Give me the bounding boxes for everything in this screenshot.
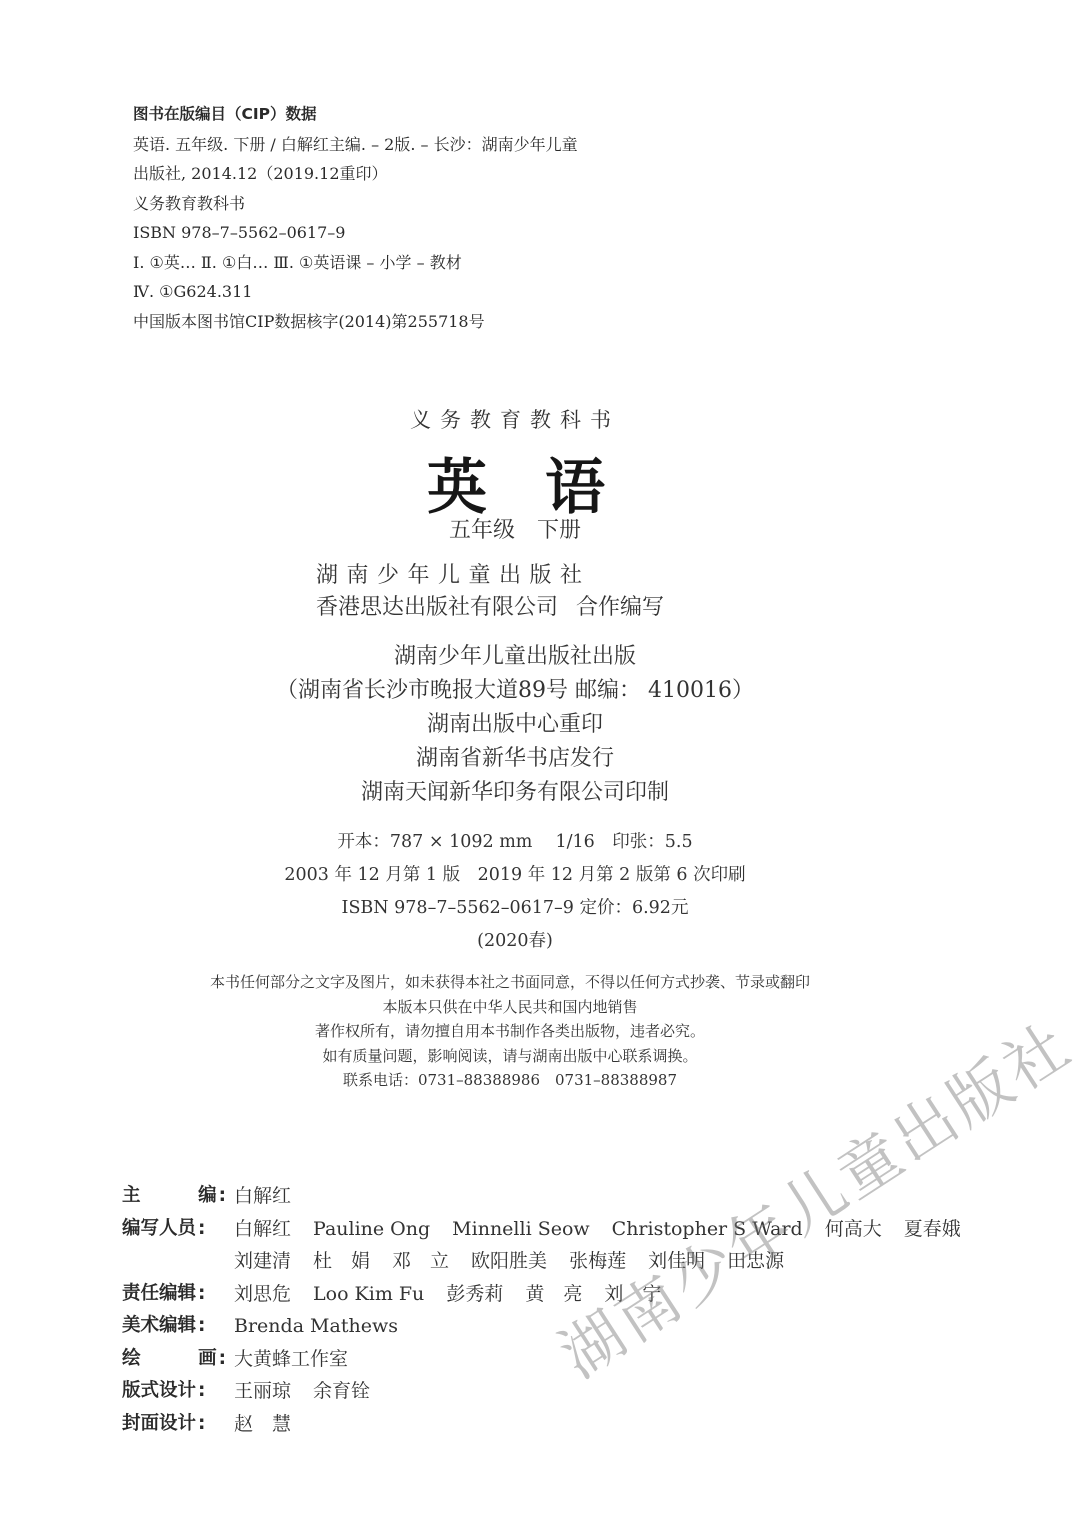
spec-line: 2003 年 12 月第 1 版 2019 年 12 月第 2 版第 6 次印刷	[0, 859, 1030, 892]
credit-layout-design: 版式设计: 王丽琼 余育铨	[122, 1375, 983, 1408]
imprint-line: 湖南出版中心重印	[0, 708, 1030, 742]
notice-line: 著作权所有，请勿擅自用本书制作各类出版物，违者必究。	[0, 1019, 1020, 1044]
cip-line: 出版社, 2014.12（2019.12重印）	[133, 159, 578, 189]
credit-label: 版式设计:	[122, 1375, 226, 1408]
cip-line: 中国版本图书馆CIP数据核字(2014)第255718号	[133, 307, 578, 337]
spec-line: ISBN 978–7–5562–0617–9 定价：6.92元	[0, 892, 1030, 925]
credit-chief-editor: 主编: 白解红	[122, 1180, 983, 1213]
credit-illustration: 绘画: 大黄蜂工作室	[122, 1343, 983, 1376]
coauthors: 湖南少年儿童出版社 香港思达出版社有限公司合作编写	[316, 560, 664, 624]
credit-names: 赵 慧	[234, 1408, 313, 1441]
cip-line: 义务教育教科书	[133, 189, 578, 219]
coauthor-note: 合作编写	[576, 595, 664, 620]
imprint-line: 湖南天闻新华印务有限公司印制	[0, 776, 1030, 810]
imprint-line: （湖南省长沙市晚报大道89号 邮编： 410016）	[0, 674, 1030, 708]
series-name: 义务教育教科书	[0, 404, 1030, 434]
credit-label: 主编:	[122, 1180, 226, 1213]
spec-line: 开本：787 × 1092 mm 1/16 印张：5.5	[0, 826, 1030, 859]
credit-names: 刘思危 Loo Kim Fu 彭秀莉 黄 亮 刘 宁	[234, 1278, 683, 1311]
credit-label: 绘画:	[122, 1343, 226, 1376]
credit-writers: 编写人员: 白解红 Pauline Ong Minnelli Seow Chri…	[122, 1213, 983, 1246]
notice-line: 本书任何部分之文字及图片，如未获得本社之书面同意，不得以任何方式抄袭、节录或翻印	[0, 970, 1020, 995]
imprint-line: 湖南省新华书店发行	[0, 742, 1030, 776]
grade: 五年级	[449, 518, 515, 543]
credit-label-empty	[122, 1245, 226, 1278]
credit-label: 美术编辑:	[122, 1310, 226, 1343]
credit-names: 大黄蜂工作室	[234, 1343, 370, 1376]
spec-block: 开本：787 × 1092 mm 1/16 印张：5.5 2003 年 12 月…	[0, 826, 1030, 958]
notice-line: 联系电话：0731–88388986 0731–88388987	[0, 1068, 1020, 1093]
imprint-line: 湖南少年儿童出版社出版	[0, 640, 1030, 674]
credit-label: 责任编辑:	[122, 1278, 226, 1311]
cip-line: Ⅳ. ①G624.311	[133, 277, 578, 307]
credits-block: 主编: 白解红 编写人员: 白解红 Pauline Ong Minnelli S…	[122, 1180, 983, 1440]
coauthor-1: 湖南少年儿童出版社	[316, 560, 664, 592]
credit-cover-design: 封面设计: 赵 慧	[122, 1408, 983, 1441]
credit-label: 封面设计:	[122, 1408, 226, 1441]
credit-label: 编写人员:	[122, 1213, 226, 1246]
cip-block: 图书在版编目（CIP）数据 英语. 五年级. 下册 / 白解红主编. – 2版.…	[133, 100, 578, 336]
credit-names: 白解红 Pauline Ong Minnelli Seow Christophe…	[234, 1213, 983, 1246]
notice-block: 本书任何部分之文字及图片，如未获得本社之书面同意，不得以任何方式抄袭、节录或翻印…	[0, 970, 1020, 1093]
credit-names: Brenda Mathews	[234, 1310, 420, 1343]
credit-responsible-editor: 责任编辑: 刘思危 Loo Kim Fu 彭秀莉 黄 亮 刘 宁	[122, 1278, 983, 1311]
credit-names: 王丽琼 余育铨	[234, 1375, 392, 1408]
grade-volume: 五年级下册	[0, 513, 1030, 544]
imprint-block: 湖南少年儿童出版社出版 （湖南省长沙市晚报大道89号 邮编： 410016） 湖…	[0, 640, 1030, 810]
credit-art-editor: 美术编辑: Brenda Mathews	[122, 1310, 983, 1343]
notice-line: 本版本只供在中华人民共和国内地销售	[0, 995, 1020, 1020]
cip-title: 图书在版编目（CIP）数据	[133, 100, 578, 130]
credit-writers-cont: 刘建清 杜 娟 邓 立 欧阳胜美 张梅莲 刘佳明 田忠源	[122, 1245, 983, 1278]
cip-line: ISBN 978–7–5562–0617–9	[133, 218, 578, 248]
cip-line: 英语. 五年级. 下册 / 白解红主编. – 2版. – 长沙：湖南少年儿童	[133, 130, 578, 160]
spec-line: (2020春)	[0, 925, 1030, 958]
credit-names: 刘建清 杜 娟 邓 立 欧阳胜美 张梅莲 刘佳明 田忠源	[234, 1245, 806, 1278]
cip-line: Ⅰ. ①英… Ⅱ. ①白… Ⅲ. ①英语课 – 小学 – 教材	[133, 248, 578, 278]
credit-names: 白解红	[234, 1180, 313, 1213]
coauthor-2-row: 香港思达出版社有限公司合作编写	[316, 592, 664, 624]
volume: 下册	[537, 518, 581, 543]
coauthor-2: 香港思达出版社有限公司	[316, 595, 558, 620]
notice-line: 如有质量问题，影响阅读，请与湖南出版中心联系调换。	[0, 1044, 1020, 1069]
